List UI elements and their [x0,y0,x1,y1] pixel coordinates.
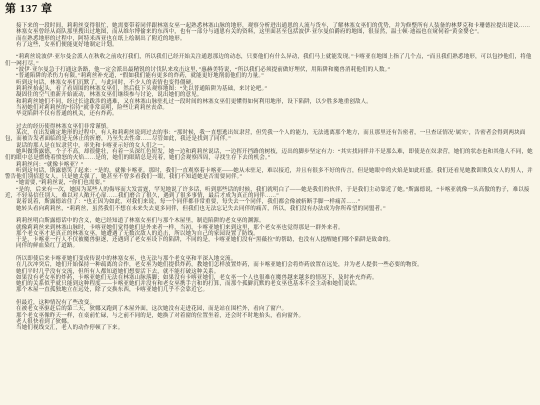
paragraph: “是的，后来有一次，她因为某些人的侮辱而大发雷霆，罕见地说了许多话，听到那些话的… [5,187,536,200]
novel-page: 第 137 章 接下来的一段时间，莉莉丝变得很忙，她需要带着同伴跟林塞女巫一起熟… [0,0,540,405]
paragraph: 林塞女巫曾经从商队那里搜出过地图，而从维尔博偷来的东西中，也有一部分与通恩有关的… [5,29,536,35]
paragraph: 听到这句话，斯露德笑了起来：“是的，就像卡喀亚。那时，我们一直观察着卡喀亚——她… [5,168,536,181]
chapter-title: 第 137 章 [5,3,536,16]
paragraph: “莉莉丝说波伊·亚尔曼会派人在秋收之前攻打我们，所以我们已经开始关注通恩那边的动… [5,54,536,67]
paragraph: 她叫做斯露德，个子不高，却很健壮，有着一头深红色短发，她一边和莉莉丝说话，一边挥… [5,149,536,162]
content: 接下来的一段时间，莉莉丝变得很忙，她需要带着同伴跟林塞女巫一起熟悉林塞山脉的地形… [5,23,536,332]
paragraph: 某次，在出发确定地形的过程中，有人和莉莉丝说到过去的事：“那时候，我一直想逃出奴… [5,130,536,143]
paragraph: 当她们视线交汇，老人的动作停顿了下来。 [5,325,536,331]
